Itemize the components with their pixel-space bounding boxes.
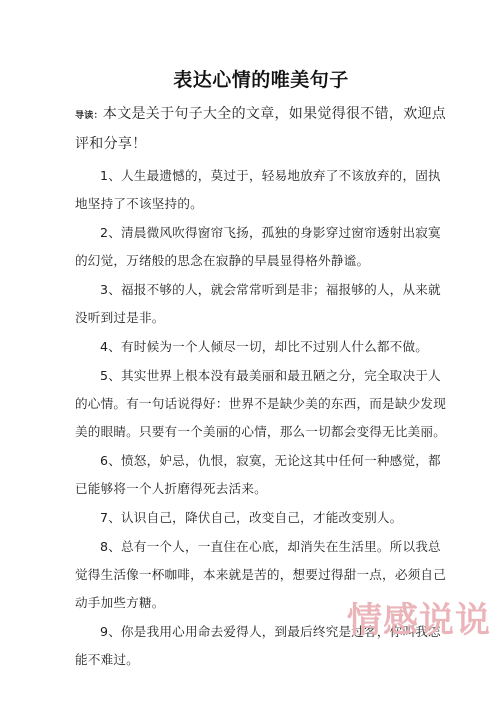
page-title: 表达心情的唯美句子 xyxy=(75,66,447,94)
paragraph-2: 2、清晨微风吹得窗帘飞扬，孤独的身影穿过窗帘透射出寂寞的幻觉，万绪般的思念在寂静… xyxy=(75,219,447,275)
paragraph-6: 6、愤怒，妒忌，仇恨，寂寞，无论这其中任何一种感觉，都已能够将一个人折磨得死去活… xyxy=(75,447,447,503)
intro-body: 本文是关于句子大全的文章，如果觉得很不错，欢迎点评和分享！ xyxy=(75,106,446,152)
document-page: 表达心情的唯美句子 导读：本文是关于句子大全的文章，如果觉得很不错，欢迎点评和分… xyxy=(75,66,447,675)
paragraph-5: 5、其实世界上根本没有最美丽和最丑陋之分，完全取决于人的心情。有一句话说得好：世… xyxy=(75,362,447,446)
watermark: 情感说说 xyxy=(347,601,491,641)
paragraph-7: 7、认识自己，降伏自己，改变自己，才能改变别人。 xyxy=(75,504,447,532)
intro-text: 导读：本文是关于句子大全的文章，如果觉得很不错，欢迎点评和分享！ xyxy=(75,100,447,158)
paragraph-3: 3、福报不够的人，就会常常听到是非；福报够的人，从来就没听到过是非。 xyxy=(75,276,447,332)
intro-lead-label: 导读： xyxy=(75,111,103,121)
paragraph-4: 4、有时候为一个人倾尽一切，却比不过别人什么都不做。 xyxy=(75,333,447,361)
paragraph-1: 1、人生最遗憾的，莫过于，轻易地放弃了不该放弃的，固执地坚持了不该坚持的。 xyxy=(75,162,447,218)
